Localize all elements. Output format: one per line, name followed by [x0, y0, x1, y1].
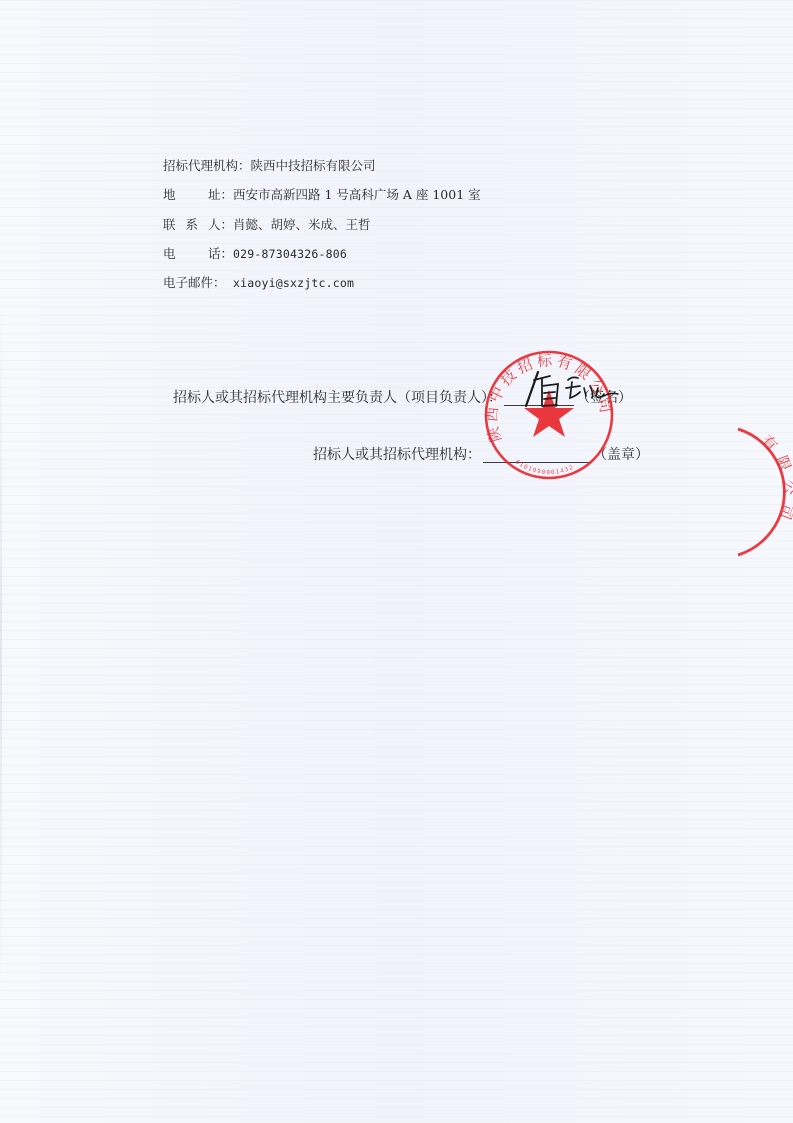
contact-info-block: 招标代理机构： 陕西中技招标有限公司 地 址： 西安市高新四路 1 号高科广场 …: [163, 157, 481, 303]
contacts-value: 肖懿、胡婷、米成、王哲: [233, 216, 371, 245]
scan-edge-shadow: [0, 300, 2, 1000]
agency-value: 陕西中技招标有限公司: [251, 157, 376, 186]
phone-value: 029-87304326-806: [233, 245, 347, 274]
svg-text:有限公司: 有限公司: [758, 431, 793, 529]
principal-label: 招标人或其招标代理机构主要负责人（项目负责人）：: [173, 388, 502, 408]
agency-seal-row: 招标人或其招标代理机构： （盖章）: [313, 445, 649, 465]
contacts-label: 联 系 人：: [163, 216, 233, 245]
edge-seal-text: 有限公司: [758, 431, 793, 529]
contacts-row: 联 系 人： 肖懿、胡婷、米成、王哲: [163, 216, 481, 245]
email-label: 电子邮件：: [163, 274, 233, 303]
document-page: 招标代理机构： 陕西中技招标有限公司 地 址： 西安市高新四路 1 号高科广场 …: [0, 0, 793, 1123]
email-row: 电子邮件： xiaoyi@sxzjtc.com: [163, 274, 481, 303]
official-seal-stamp: 陕西中技招标有限公司 6101990001432: [480, 348, 618, 486]
address-row: 地 址： 西安市高新四路 1 号高科广场 A 座 1001 室: [163, 186, 481, 215]
principal-suffix: （签名）: [576, 388, 632, 408]
phone-label: 电 话：: [163, 245, 233, 274]
address-label: 地 址：: [163, 186, 233, 215]
agency-seal-line: [483, 446, 591, 463]
principal-signature-row: 招标人或其招标代理机构主要负责人（项目负责人）： （签名）: [173, 388, 632, 408]
cross-page-seal-stamp: 有限公司: [700, 415, 793, 565]
phone-row: 电 话： 029-87304326-806: [163, 245, 481, 274]
agency-label: 招标代理机构：: [163, 157, 251, 186]
address-value: 西安市高新四路 1 号高科广场 A 座 1001 室: [233, 186, 481, 215]
email-value: xiaoyi@sxzjtc.com: [233, 274, 354, 303]
principal-signature-line: [504, 389, 574, 406]
agency-seal-suffix: （盖章）: [593, 445, 649, 465]
agency-row: 招标代理机构： 陕西中技招标有限公司: [163, 157, 481, 186]
agency-seal-label: 招标人或其招标代理机构：: [313, 445, 481, 465]
